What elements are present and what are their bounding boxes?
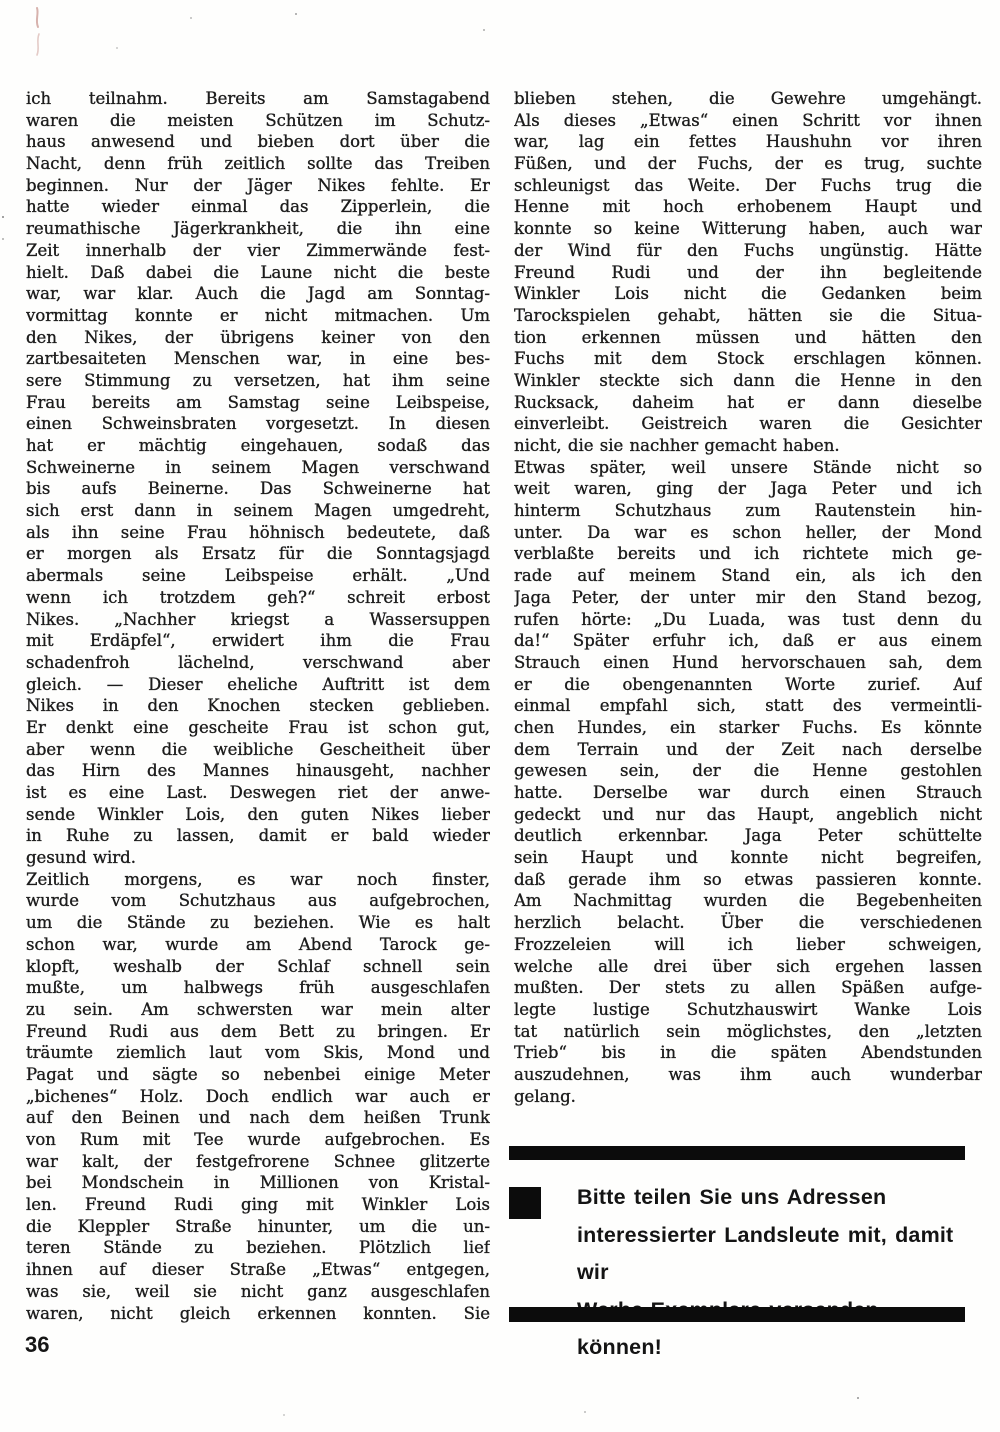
black-square-icon <box>509 1187 541 1219</box>
text-line: dem Terrain und der Zeit nach derselbe <box>514 739 982 761</box>
text-line: hat er mächtig eingehauen, sodaß das <box>26 435 490 457</box>
text-line: Strauch einen Hund hervorschauen sah, de… <box>514 652 982 674</box>
text-line: Frozzeleien will ich lieber schweigen, <box>514 934 982 956</box>
text-line: schadenfroh lächelnd, verschwand aber <box>26 652 490 674</box>
text-line: aber wenn die weibliche Gescheitheit übe… <box>26 739 490 761</box>
text-line: weit waren, ging der Jaga Peter und ich <box>514 478 982 500</box>
text-line: Nikes. „Nachher kriegst a Wassersuppen <box>26 609 490 631</box>
text-line: Tarockspielen gehabt, hätten sie die Sit… <box>514 305 982 327</box>
text-line: bis aufs Beinerne. Das Schweinerne hat <box>26 478 490 500</box>
text-line: die Kleppler Straße hinunter, um die un- <box>26 1216 490 1238</box>
text-line: hinterm Schutzhaus zum Rautenstein hin- <box>514 500 982 522</box>
text-line: Jaga Peter, der unter mir den Stand bezo… <box>514 587 982 609</box>
callout-line: Bitte teilen Sie uns Adressen <box>577 1179 965 1217</box>
text-line: abermals seine Leibspeise erhält. „Und <box>26 565 490 587</box>
text-line: Winkler steckte sich dann die Henne in d… <box>514 370 982 392</box>
text-line: zartbesaiteten Menschen war, in eine bes… <box>26 348 490 370</box>
text-line: er die obengenannten Worte zurief. Auf <box>514 674 982 696</box>
callout-bottom-rule <box>509 1307 965 1322</box>
text-line: Etwas später, weil unsere Stände nicht s… <box>514 457 982 479</box>
text-line: Freund Rudi aus dem Bett zu bringen. Er <box>26 1021 490 1043</box>
text-line: klopft, weshalb der Schlaf schnell sein <box>26 956 490 978</box>
text-line: um die Stände zu beziehen. Wie es halt <box>26 912 490 934</box>
text-line: einmal empfahl sich, statt des vermeintl… <box>514 695 982 717</box>
text-line: Trieb“ bis in die späten Abendstunden <box>514 1042 982 1064</box>
text-line: hielt. Daß dabei die Laune nicht die bes… <box>26 262 490 284</box>
text-line: Füßen, und der Fuchs, der es trug, sucht… <box>514 153 982 175</box>
text-line: ist es eine Last. Deswegen riet der anwe… <box>26 782 490 804</box>
text-line: einverleibt. Geistreich waren die Gesich… <box>514 413 982 435</box>
text-line: Winkler Lois nicht die Gedanken beim <box>514 283 982 305</box>
text-line: waren die meisten Schützen im Schutz- <box>26 110 490 132</box>
callout-top-rule <box>509 1146 965 1160</box>
text-line: auf den Beinen und nach dem heißen Trunk <box>26 1107 490 1129</box>
text-line: sende Winkler Lois, den guten Nikes lieb… <box>26 804 490 826</box>
text-line: das Hirn des Mannes hinausgeht, nachher <box>26 760 490 782</box>
text-line: rade auf meinem Stand ein, als ich den <box>514 565 982 587</box>
text-line: reumathische Jägerkrankheit, die ihn ein… <box>26 218 490 240</box>
text-line: er morgen als Ersatz für die Sonntagsjag… <box>26 543 490 565</box>
text-line: mußte, um halbwegs früh ausgeschlafen <box>26 977 490 999</box>
text-line: Henne mit hoch erhobenem Haupt und <box>514 196 982 218</box>
text-line: Nacht, denn früh zeitlich sollte das Tre… <box>26 153 490 175</box>
page-number: 36 <box>25 1332 49 1358</box>
text-line: Freund Rudi und der ihn begleitende <box>514 262 982 284</box>
text-line: der Wind für den Fuchs ungünstig. Hätte <box>514 240 982 262</box>
text-line: teren Stände zu beziehen. Plötzlich lief <box>26 1237 490 1259</box>
text-line: mit Erdäpfel“, erwidert ihm die Frau <box>26 630 490 652</box>
text-line: blieben stehen, die Gewehre umgehängt. <box>514 88 982 110</box>
text-line: verblaßte bereits und ich richtete mich … <box>514 543 982 565</box>
text-line: Er denkt eine gescheite Frau ist schon g… <box>26 717 490 739</box>
text-line: war kalt, der festgefrorene Schnee glitz… <box>26 1151 490 1173</box>
text-line: als ihn seine Frau höhnisch bedeutete, d… <box>26 522 490 544</box>
text-line: sich erst dann in seinem Magen umgedreht… <box>26 500 490 522</box>
callout-text: Bitte teilen Sie uns Adressen interessie… <box>577 1179 965 1367</box>
text-line: Als dieses „Etwas“ einen Schritt vor ihn… <box>514 110 982 132</box>
text-line: wurde vom Schutzhaus aus aufgebrochen, <box>26 890 490 912</box>
callout-line: interessierter Landsleute mit, damit wir <box>577 1217 965 1292</box>
text-line: auszudehnen, was ihm auch wunderbar <box>514 1064 982 1086</box>
text-line: was sie, weil sie nicht ganz ausgeschlaf… <box>26 1281 490 1303</box>
text-line: len. Freund Rudi ging mit Winkler Lois <box>26 1194 490 1216</box>
text-line: tat natürlich sein möglichstes, den „let… <box>514 1021 982 1043</box>
text-line: herzlich belacht. Über die verschiedenen <box>514 912 982 934</box>
text-line: in Ruhe zu lassen, damit er bald wieder <box>26 825 490 847</box>
text-line: Fuchs mit dem Stock erschlagen können. <box>514 348 982 370</box>
subscription-callout: Bitte teilen Sie uns Adressen interessie… <box>509 1146 965 1323</box>
text-line: gewesen sein, der die Henne gestohlen <box>514 760 982 782</box>
text-line: ihnen auf dieser Straße „Etwas“ entgegen… <box>26 1259 490 1281</box>
text-line: haus anwesend und bieben dort über die <box>26 131 490 153</box>
text-line: konnte so keine Witterung haben, auch wa… <box>514 218 982 240</box>
text-line: einen Schweinsbraten vorgesetzt. In dies… <box>26 413 490 435</box>
text-line: vormittag konnte er nicht mitmachen. Um <box>26 305 490 327</box>
text-line: war, lag ein fettes Haushuhn vor ihren <box>514 131 982 153</box>
text-line: sere Stimmung zu versetzen, hat ihm sein… <box>26 370 490 392</box>
text-line: beginnen. Nur der Jäger Nikes fehlte. Er <box>26 175 490 197</box>
red-pen-mark-icon <box>28 2 54 66</box>
text-line: „bichenes“ Holz. Doch endlich war auch e… <box>26 1086 490 1108</box>
callout-line: Werbe-Exemplare versenden können! <box>577 1292 965 1367</box>
text-line: Zeitlich morgens, es war noch finster, <box>26 869 490 891</box>
text-line: daß gerade ihm so etwas passieren konnte… <box>514 869 982 891</box>
text-line: schleunigst das Weite. Der Fuchs trug di… <box>514 175 982 197</box>
text-line: unter. Da war es schon heller, der Mond <box>514 522 982 544</box>
text-line: gedeckt und nur das Haupt, angeblich nic… <box>514 804 982 826</box>
text-line: Zeit innerhalb der vier Zimmerwände fest… <box>26 240 490 262</box>
text-line: bei Mondschein in Millionen von Kristal- <box>26 1172 490 1194</box>
text-line: chen Hundes, ein starker Fuchs. Es könnt… <box>514 717 982 739</box>
text-line: Pagat und sägte so nebenbei einige Meter <box>26 1064 490 1086</box>
text-column-right: blieben stehen, die Gewehre umgehängt.Al… <box>514 88 982 1107</box>
text-line: von Rum mit Tee wurde aufgebrochen. Es <box>26 1129 490 1151</box>
text-line: Rucksack, daheim hat er dann dieselbe <box>514 392 982 414</box>
text-line: sein Haupt und konnte nicht begreifen, <box>514 847 982 869</box>
text-line: mußten. Der stets zu allen Späßen aufge- <box>514 977 982 999</box>
text-line: Frau bereits am Samstag seine Leibspeise… <box>26 392 490 414</box>
scanned-magazine-page: ich teilnahm. Bereits am Samstagabendwar… <box>0 0 1000 1432</box>
text-line: deutlich erkennbar. Jaga Peter schüttelt… <box>514 825 982 847</box>
text-line: ich teilnahm. Bereits am Samstagabend <box>26 88 490 110</box>
text-line: Schweinerne in seinem Magen verschwand <box>26 457 490 479</box>
text-line: legte lustige Schutzhauswirt Wanke Lois <box>514 999 982 1021</box>
text-line: waren, nicht gleich erkennen konnten. Si… <box>26 1303 490 1325</box>
text-line: tion erkennen müssen und hätten den <box>514 327 982 349</box>
text-line: welche alle drei über sich ergehen lasse… <box>514 956 982 978</box>
text-line: gesund wird. <box>26 847 490 869</box>
text-line: hatte. Derselbe war durch einen Strauch <box>514 782 982 804</box>
text-line: da!“ Später erfuhr ich, daß er aus einem <box>514 630 982 652</box>
text-line: schon war, wurde am Abend Tarock ge- <box>26 934 490 956</box>
text-line: gleich. — Dieser eheliche Auftritt ist d… <box>26 674 490 696</box>
text-line: Nikes in den Knochen stecken geblieben. <box>26 695 490 717</box>
text-line: gelang. <box>514 1086 982 1108</box>
text-line: war, war klar. Auch die Jagd am Sonntag- <box>26 283 490 305</box>
text-line: Am Nachmittag wurden die Begebenheiten <box>514 890 982 912</box>
text-line: hatte wieder einmal das Zipperlein, die <box>26 196 490 218</box>
text-column-left: ich teilnahm. Bereits am Samstagabendwar… <box>26 88 490 1324</box>
scan-noise-specks <box>0 0 2 2</box>
text-line: den Nikes, der übrigens keiner von den <box>26 327 490 349</box>
text-line: nicht, die sie nachher gemacht haben. <box>514 435 982 457</box>
text-line: wenn ich trotzdem geh?“ schreit erbost <box>26 587 490 609</box>
text-line: zu sein. Am schwersten war mein alter <box>26 999 490 1021</box>
text-line: rufen hörte: „Du Luada, was tust denn du <box>514 609 982 631</box>
text-line: träumte ziemlich laut vom Skis, Mond und <box>26 1042 490 1064</box>
